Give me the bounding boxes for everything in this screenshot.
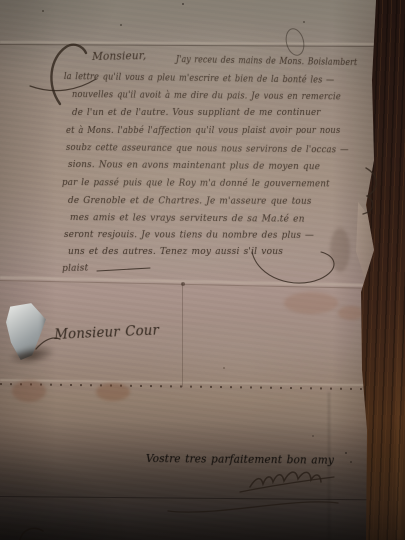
stain bbox=[96, 383, 130, 401]
stain bbox=[12, 380, 46, 402]
letter-line: plaist bbox=[62, 264, 88, 274]
salutation: Monsieur, bbox=[92, 49, 146, 63]
letter-line: uns et des autres. Tenez moy aussi s'il … bbox=[68, 247, 283, 257]
stain bbox=[284, 292, 338, 314]
photo-of-letter: Monsieur, J'ay receu des mains de Mons. … bbox=[0, 0, 405, 540]
letter-line: de Grenoble et de Chartres. Je m'asseure… bbox=[68, 196, 312, 207]
letter-line: seront resjouis. Je vous tiens du nombre… bbox=[64, 230, 314, 241]
letter-line: de l'un et de l'autre. Vous suppliant de… bbox=[72, 108, 321, 118]
bottom-shadow bbox=[0, 420, 405, 540]
letter-line: mes amis et les vrays serviteurs de sa M… bbox=[70, 213, 305, 225]
letter-line: et à Mons. l'abbé l'affection qu'il vous… bbox=[66, 126, 340, 136]
stain bbox=[338, 306, 364, 320]
vertical-crease bbox=[182, 283, 183, 387]
letter-line: par le passé puis que le Roy m'a donné l… bbox=[62, 178, 330, 189]
ink-specks bbox=[42, 10, 44, 12]
stain bbox=[330, 228, 350, 272]
